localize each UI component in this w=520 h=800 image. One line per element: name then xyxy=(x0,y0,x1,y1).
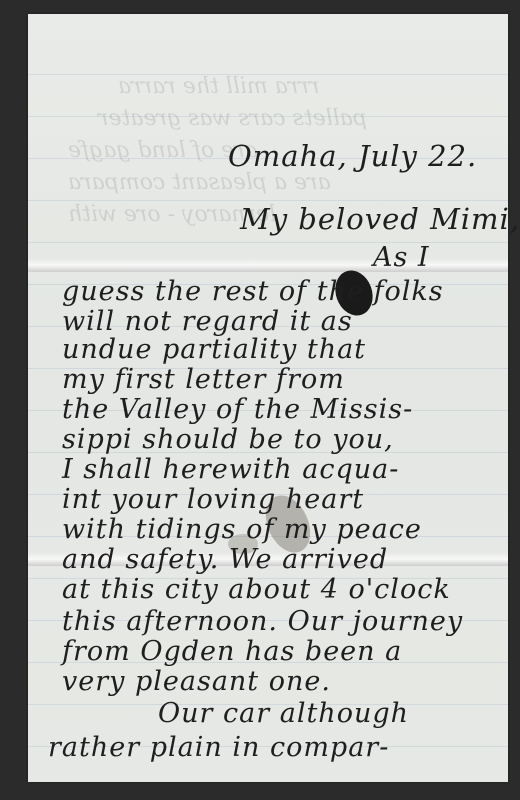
paper-fold xyxy=(28,258,508,272)
body-line: at this city about 4 o'clock xyxy=(62,574,451,605)
body-line: this afternoon. Our journey xyxy=(62,606,463,637)
body-line: As I xyxy=(373,242,430,273)
salutation: My beloved Mimi, xyxy=(240,202,520,236)
dateline: Omaha, July 22. xyxy=(228,139,477,173)
ruled-line xyxy=(28,242,508,243)
body-line: Our car although xyxy=(158,698,409,729)
body-line: the Valley of the Missis- xyxy=(62,394,413,425)
body-line: I shall herewith acqua- xyxy=(62,454,399,485)
body-line: very pleasant one. xyxy=(62,666,331,697)
body-line: guess the rest of the folks xyxy=(62,276,444,307)
ruled-line xyxy=(28,200,508,201)
body-line: my first letter from xyxy=(62,364,345,395)
body-line: int your loving heart xyxy=(62,484,364,515)
body-line: sippi should be to you, xyxy=(62,424,394,455)
letter-page: rrra mill the rarra pallets cars was gre… xyxy=(28,14,508,782)
body-line: from Ogden has been a xyxy=(62,636,402,667)
body-line: rather plain in compar- xyxy=(48,732,389,763)
bleed-through-text: are a pleasant compara xyxy=(68,170,331,195)
body-line: and safety. We arrived xyxy=(62,544,388,575)
bleed-through-text: rrra mill the rarra xyxy=(118,74,319,99)
bleed-through-text: pallets cars was greater xyxy=(98,106,367,131)
body-line: undue partiality that xyxy=(62,334,366,365)
body-line: with tidings of my peace xyxy=(62,514,422,545)
body-line: will not regard it as xyxy=(62,306,353,337)
